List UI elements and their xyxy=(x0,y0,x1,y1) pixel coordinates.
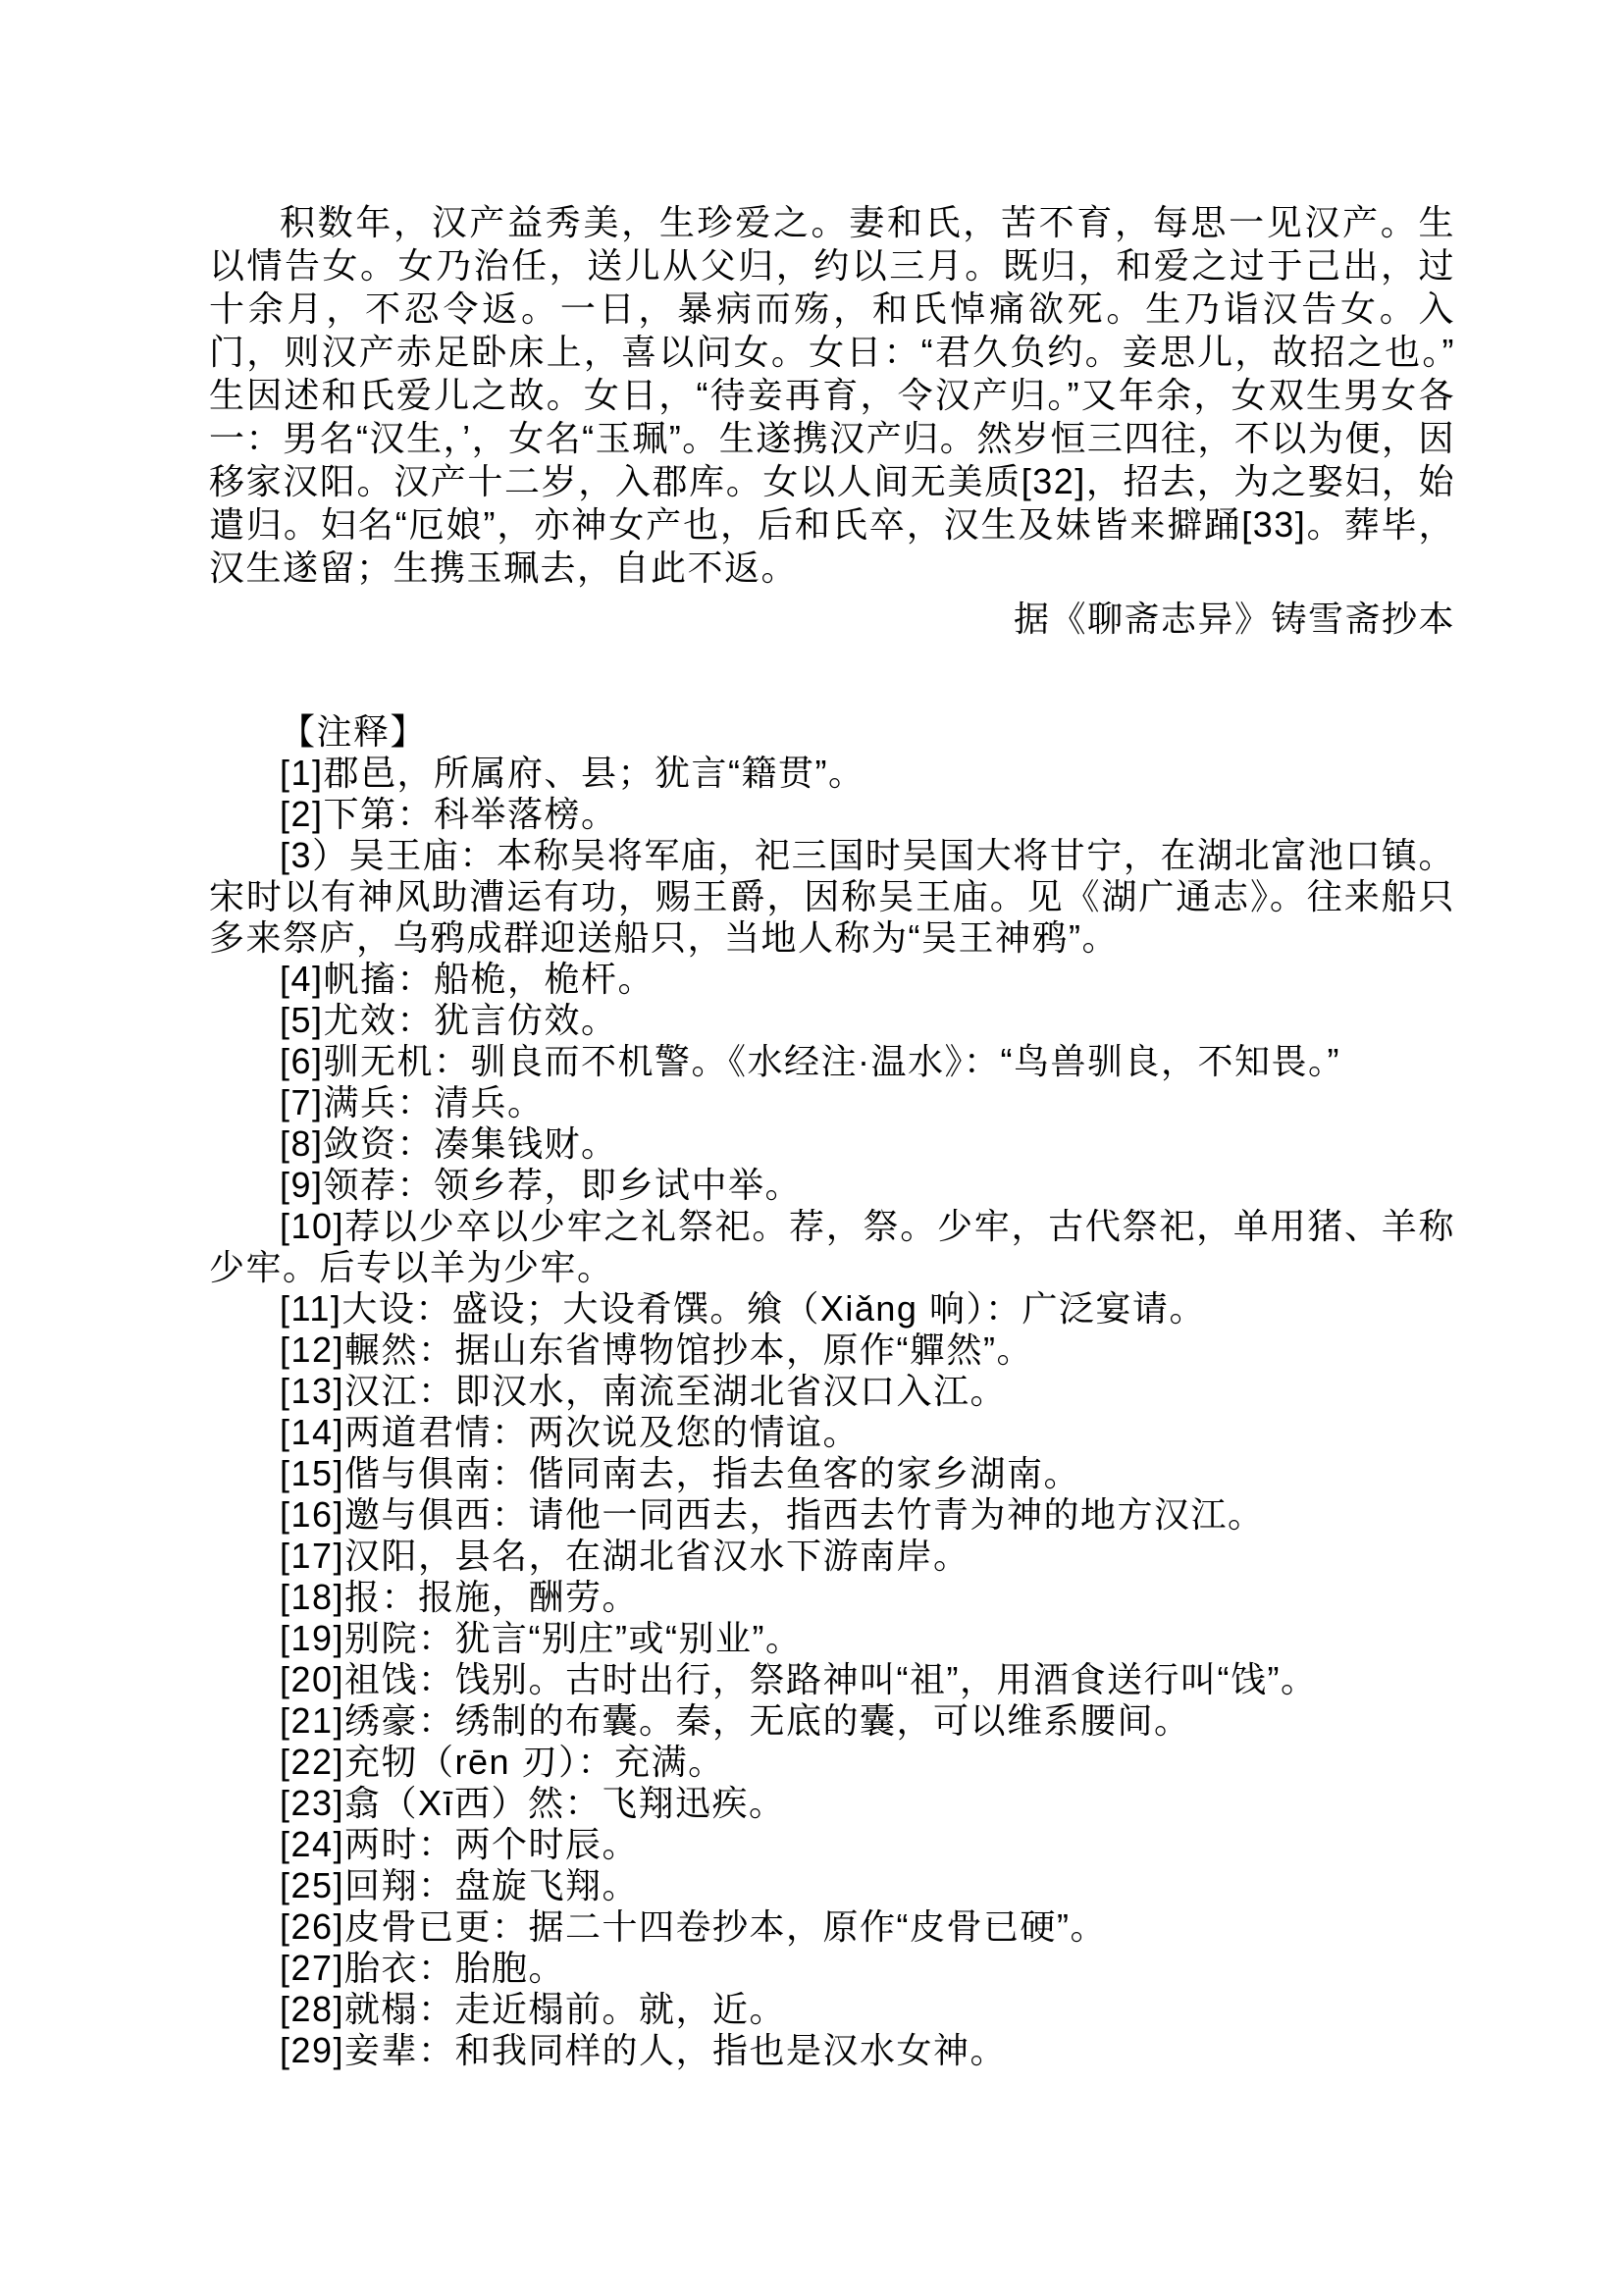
note-item-15: [15]偕与俱南：偕同南去，指去鱼客的家乡湖南。 xyxy=(209,1453,1455,1494)
document-page: 积数年，汉产益秀美，生珍爱之。妻和氏，苦不育，每思一见汉产。生以情告女。女乃治任… xyxy=(0,0,1624,2294)
note-item-6: [6]驯无机：驯良而不机警。《水经注·温水》：“鸟兽驯良，不知畏。” xyxy=(209,1041,1455,1082)
note-item-29: [29]妾辈：和我同样的人，指也是汉水女神。 xyxy=(209,2030,1455,2071)
note-item-25: [25]回翔：盘旋飞翔。 xyxy=(209,1865,1455,1906)
note-item-10: [10]荐以少卒以少牢之礼祭祀。荐，祭。少牢，古代祭祀，单用猪、羊称少牢。后专以… xyxy=(209,1206,1455,1288)
note-item-24: [24]两时：两个时辰。 xyxy=(209,1824,1455,1865)
note-item-13: [13]汉江：即汉水，南流至湖北省汉口入江。 xyxy=(209,1371,1455,1412)
note-item-22: [22]充牣（rēn 刃）：充满。 xyxy=(209,1742,1455,1783)
note-item-9: [9]领荐：领乡荐，即乡试中举。 xyxy=(209,1165,1455,1206)
note-item-2: [2]下第：科举落榜。 xyxy=(209,794,1455,835)
note-item-16: [16]邀与俱西：请他一同西去，指西去竹青为神的地方汉江。 xyxy=(209,1494,1455,1536)
note-item-28: [28]就榻：走近榻前。就，近。 xyxy=(209,1989,1455,2030)
story-paragraph: 积数年，汉产益秀美，生珍爱之。妻和氏，苦不育，每思一见汉产。生以情告女。女乃治任… xyxy=(209,201,1455,590)
notes-section-title: 【注释】 xyxy=(209,711,1455,753)
note-item-23: [23]翕（Xī西）然：飞翔迅疾。 xyxy=(209,1783,1455,1824)
note-item-14: [14]两道君情：两次说及您的情谊。 xyxy=(209,1412,1455,1453)
note-item-8: [8]敛资：凑集钱财。 xyxy=(209,1123,1455,1165)
note-item-26: [26]皮骨已更：据二十四卷抄本，原作“皮骨已硬”。 xyxy=(209,1906,1455,1948)
note-item-21: [21]绣豪：绣制的布囊。秦，无底的囊，可以维系腰间。 xyxy=(209,1700,1455,1742)
source-attribution: 据《聊斋志异》铸雪斋抄本 xyxy=(209,598,1455,641)
note-item-19: [19]别院：犹言“别庄”或“别业”。 xyxy=(209,1618,1455,1659)
note-item-3: [3）吴王庙：本称吴将军庙，祀三国时吴国大将甘宁，在湖北富池口镇。宋时以有神风助… xyxy=(209,835,1455,959)
note-item-17: [17]汉阳，县名，在湖北省汉水下游南岸。 xyxy=(209,1536,1455,1577)
note-item-20: [20]祖饯：饯别。古时出行，祭路神叫“祖”，用酒食送行叫“饯”。 xyxy=(209,1659,1455,1700)
note-item-11: [11]大设：盛设；大设肴馔。飨（Xiǎng 响）：广泛宴请。 xyxy=(209,1288,1455,1329)
note-item-7: [7]满兵：清兵。 xyxy=(209,1082,1455,1123)
note-item-18: [18]报：报施，酬劳。 xyxy=(209,1577,1455,1618)
notes-list: [1]郡邑，所属府、县；犹言“籍贯”。 [2]下第：科举落榜。 [3）吴王庙：本… xyxy=(209,753,1455,2071)
note-item-4: [4]帆搐：船桅，桅杆。 xyxy=(209,959,1455,1000)
note-item-27: [27]胎衣：胎胞。 xyxy=(209,1948,1455,1989)
note-item-12: [12]輾然：据山东省博物馆抄本，原作“軃然”。 xyxy=(209,1329,1455,1371)
note-item-5: [5]尤效：犹言仿效。 xyxy=(209,1000,1455,1041)
note-item-1: [1]郡邑，所属府、县；犹言“籍贯”。 xyxy=(209,753,1455,794)
